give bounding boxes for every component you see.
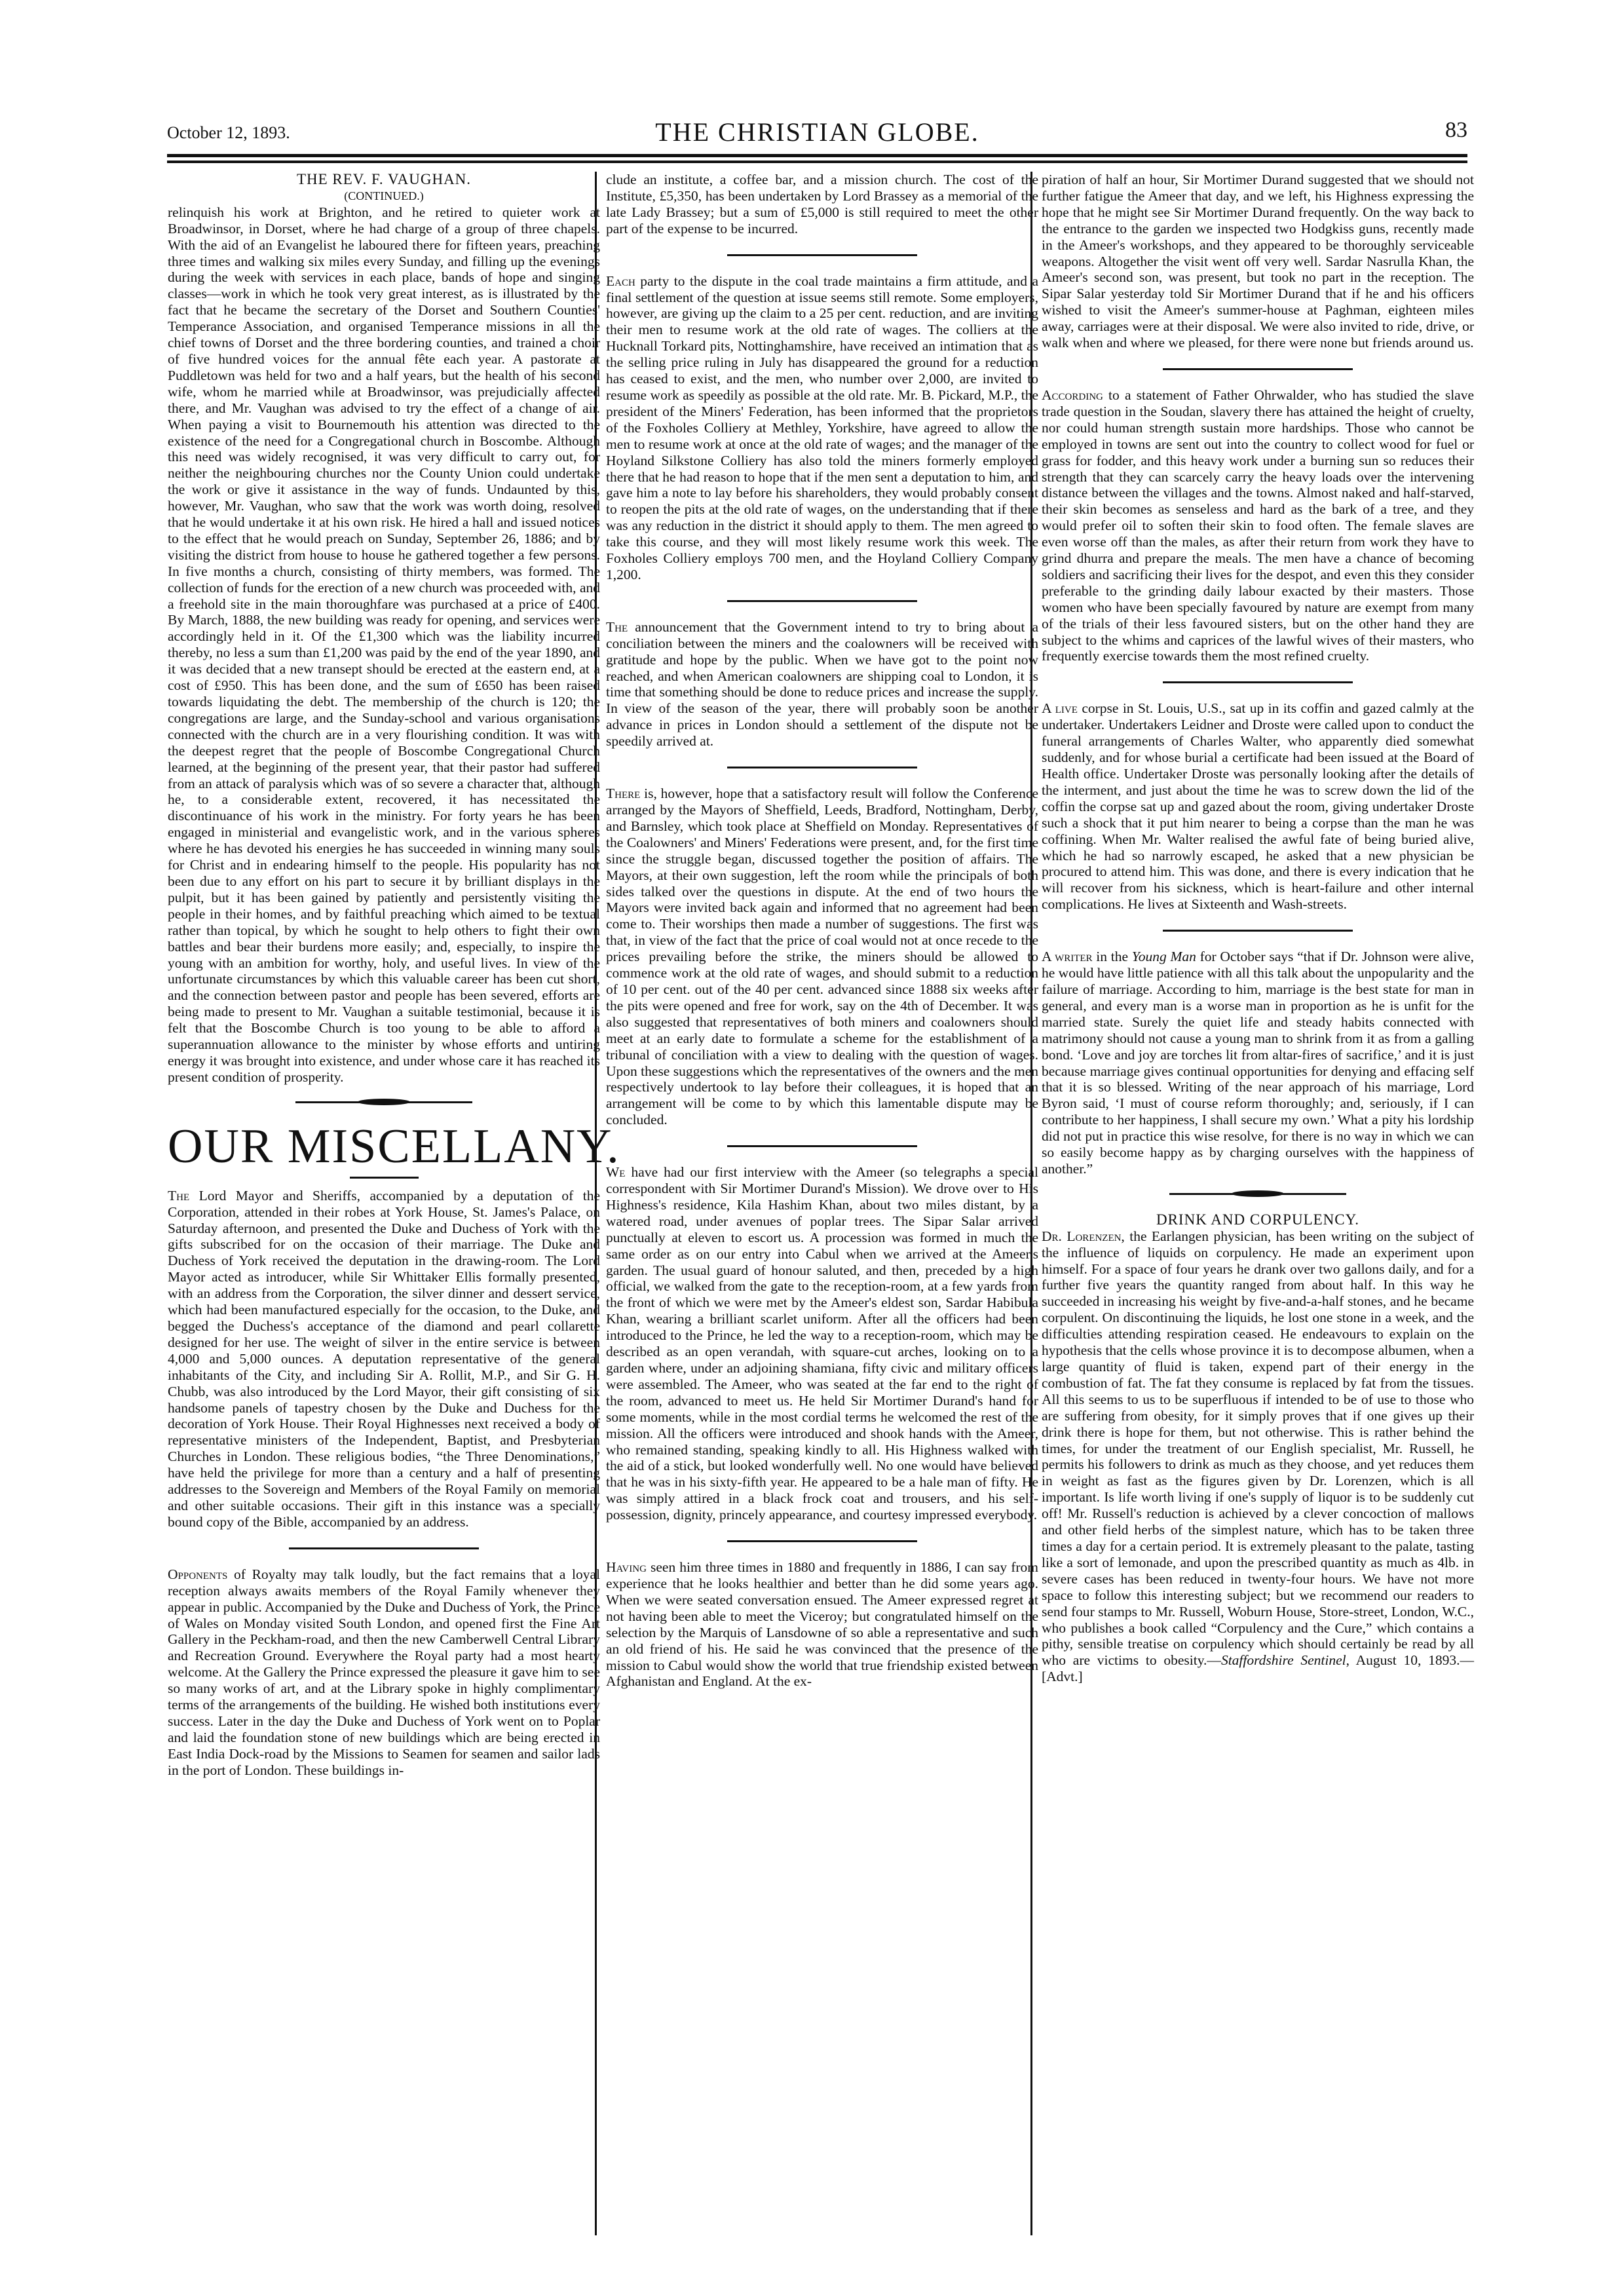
article-body: Lord Mayor and Sheriffs, accompanied by … xyxy=(168,1188,600,1530)
lead-word: We xyxy=(606,1164,625,1180)
article-title-corpulency: DRINK AND CORPULENCY. xyxy=(1042,1212,1474,1228)
lead-word: The xyxy=(168,1188,189,1203)
article-mayors-conference: There is, however, hope that a satisfact… xyxy=(606,786,1038,1128)
article-body: to a statement of Father Ohrwalder, who … xyxy=(1042,387,1474,664)
article-body: for October says “that if Dr. Johnson we… xyxy=(1042,949,1474,1177)
lead-word: The xyxy=(606,619,628,635)
lead-word: Dr. Lorenzen, xyxy=(1042,1228,1125,1244)
article-coal-dispute: Each party to the dispute in the coal tr… xyxy=(606,273,1038,583)
column-1: THE REV. F. VAUGHAN. (CONTINUED.) relinq… xyxy=(168,172,600,1779)
masthead: October 12, 1893. THE CHRISTIAN GLOBE. 8… xyxy=(167,117,1467,156)
article-body-vaughan: relinquish his work at Brighton, and he … xyxy=(168,204,600,1086)
article-divider xyxy=(1163,930,1353,932)
article-divider xyxy=(727,254,917,256)
article-divider xyxy=(1163,681,1353,683)
lead-word: Each xyxy=(606,273,635,289)
lead-word: Opponents xyxy=(168,1566,227,1582)
article-body: in the xyxy=(1093,949,1132,964)
ornamental-divider xyxy=(1169,1193,1346,1195)
ornamental-divider xyxy=(295,1101,472,1103)
article-lord-mayor: The Lord Mayor and Sheriffs, accompanied… xyxy=(168,1188,600,1530)
article-slave-trade: According to a statement of Father Ohrwa… xyxy=(1042,387,1474,664)
article-divider xyxy=(1163,368,1353,370)
article-body: seen him three times in 1880 and frequen… xyxy=(606,1559,1038,1689)
article-government-conciliation: The announcement that the Government int… xyxy=(606,619,1038,749)
article-subtitle-continued: (CONTINUED.) xyxy=(168,188,600,204)
article-body: is, however, hope that a satisfactory re… xyxy=(606,786,1038,1128)
article-opponents-continued: clude an institute, a coffee bar, and a … xyxy=(606,172,1038,237)
article-body: have had our first interview with the Am… xyxy=(606,1164,1038,1523)
article-body: the Earlangen physician, has been writin… xyxy=(1042,1228,1474,1669)
article-divider xyxy=(727,767,917,768)
article-drink-corpulency: Dr. Lorenzen, the Earlangen physician, h… xyxy=(1042,1228,1474,1685)
lead-word: A writer xyxy=(1042,949,1093,964)
article-divider xyxy=(727,1145,917,1147)
article-body: of Royalty may talk loudly, but the fact… xyxy=(168,1566,600,1778)
page-number: 83 xyxy=(1445,118,1467,143)
section-heading-miscellany: OUR MISCELLANY. xyxy=(168,1120,600,1173)
lead-word: A live xyxy=(1042,700,1078,716)
article-live-corpse: A live corpse in St. Louis, U.S., sat up… xyxy=(1042,700,1474,913)
newspaper-title: THE CHRISTIAN GLOBE. xyxy=(167,117,1467,147)
article-having-seen: Having seen him three times in 1880 and … xyxy=(606,1559,1038,1690)
column-3: piration of half an hour, Sir Mortimer D… xyxy=(1042,172,1474,1685)
lead-word: Having xyxy=(606,1559,647,1575)
article-body: announcement that the Government intend … xyxy=(606,619,1038,749)
article-ameer-interview: We have had our first interview with the… xyxy=(606,1164,1038,1523)
article-divider xyxy=(727,1540,917,1542)
article-divider xyxy=(727,600,917,602)
article-body: party to the dispute in the coal trade m… xyxy=(606,273,1038,582)
article-young-man-writer: A writer in the Young Man for October sa… xyxy=(1042,949,1474,1177)
source-publication: Staffordshire Sentinel xyxy=(1221,1652,1346,1668)
article-divider xyxy=(289,1547,479,1549)
article-having-continued: piration of half an hour, Sir Mortimer D… xyxy=(1042,172,1474,351)
article-title-vaughan: THE REV. F. VAUGHAN. xyxy=(168,172,600,188)
column-2: clude an institute, a coffee bar, and a … xyxy=(606,172,1038,1690)
section-heading-rule xyxy=(350,1177,419,1179)
lead-word: According xyxy=(1042,387,1103,403)
lead-word: There xyxy=(606,786,640,801)
magazine-title: Young Man xyxy=(1132,949,1196,964)
article-body: corpse in St. Louis, U.S., sat up in its… xyxy=(1042,700,1474,912)
article-opponents: Opponents of Royalty may talk loudly, bu… xyxy=(168,1566,600,1779)
masthead-double-rule xyxy=(167,154,1467,163)
